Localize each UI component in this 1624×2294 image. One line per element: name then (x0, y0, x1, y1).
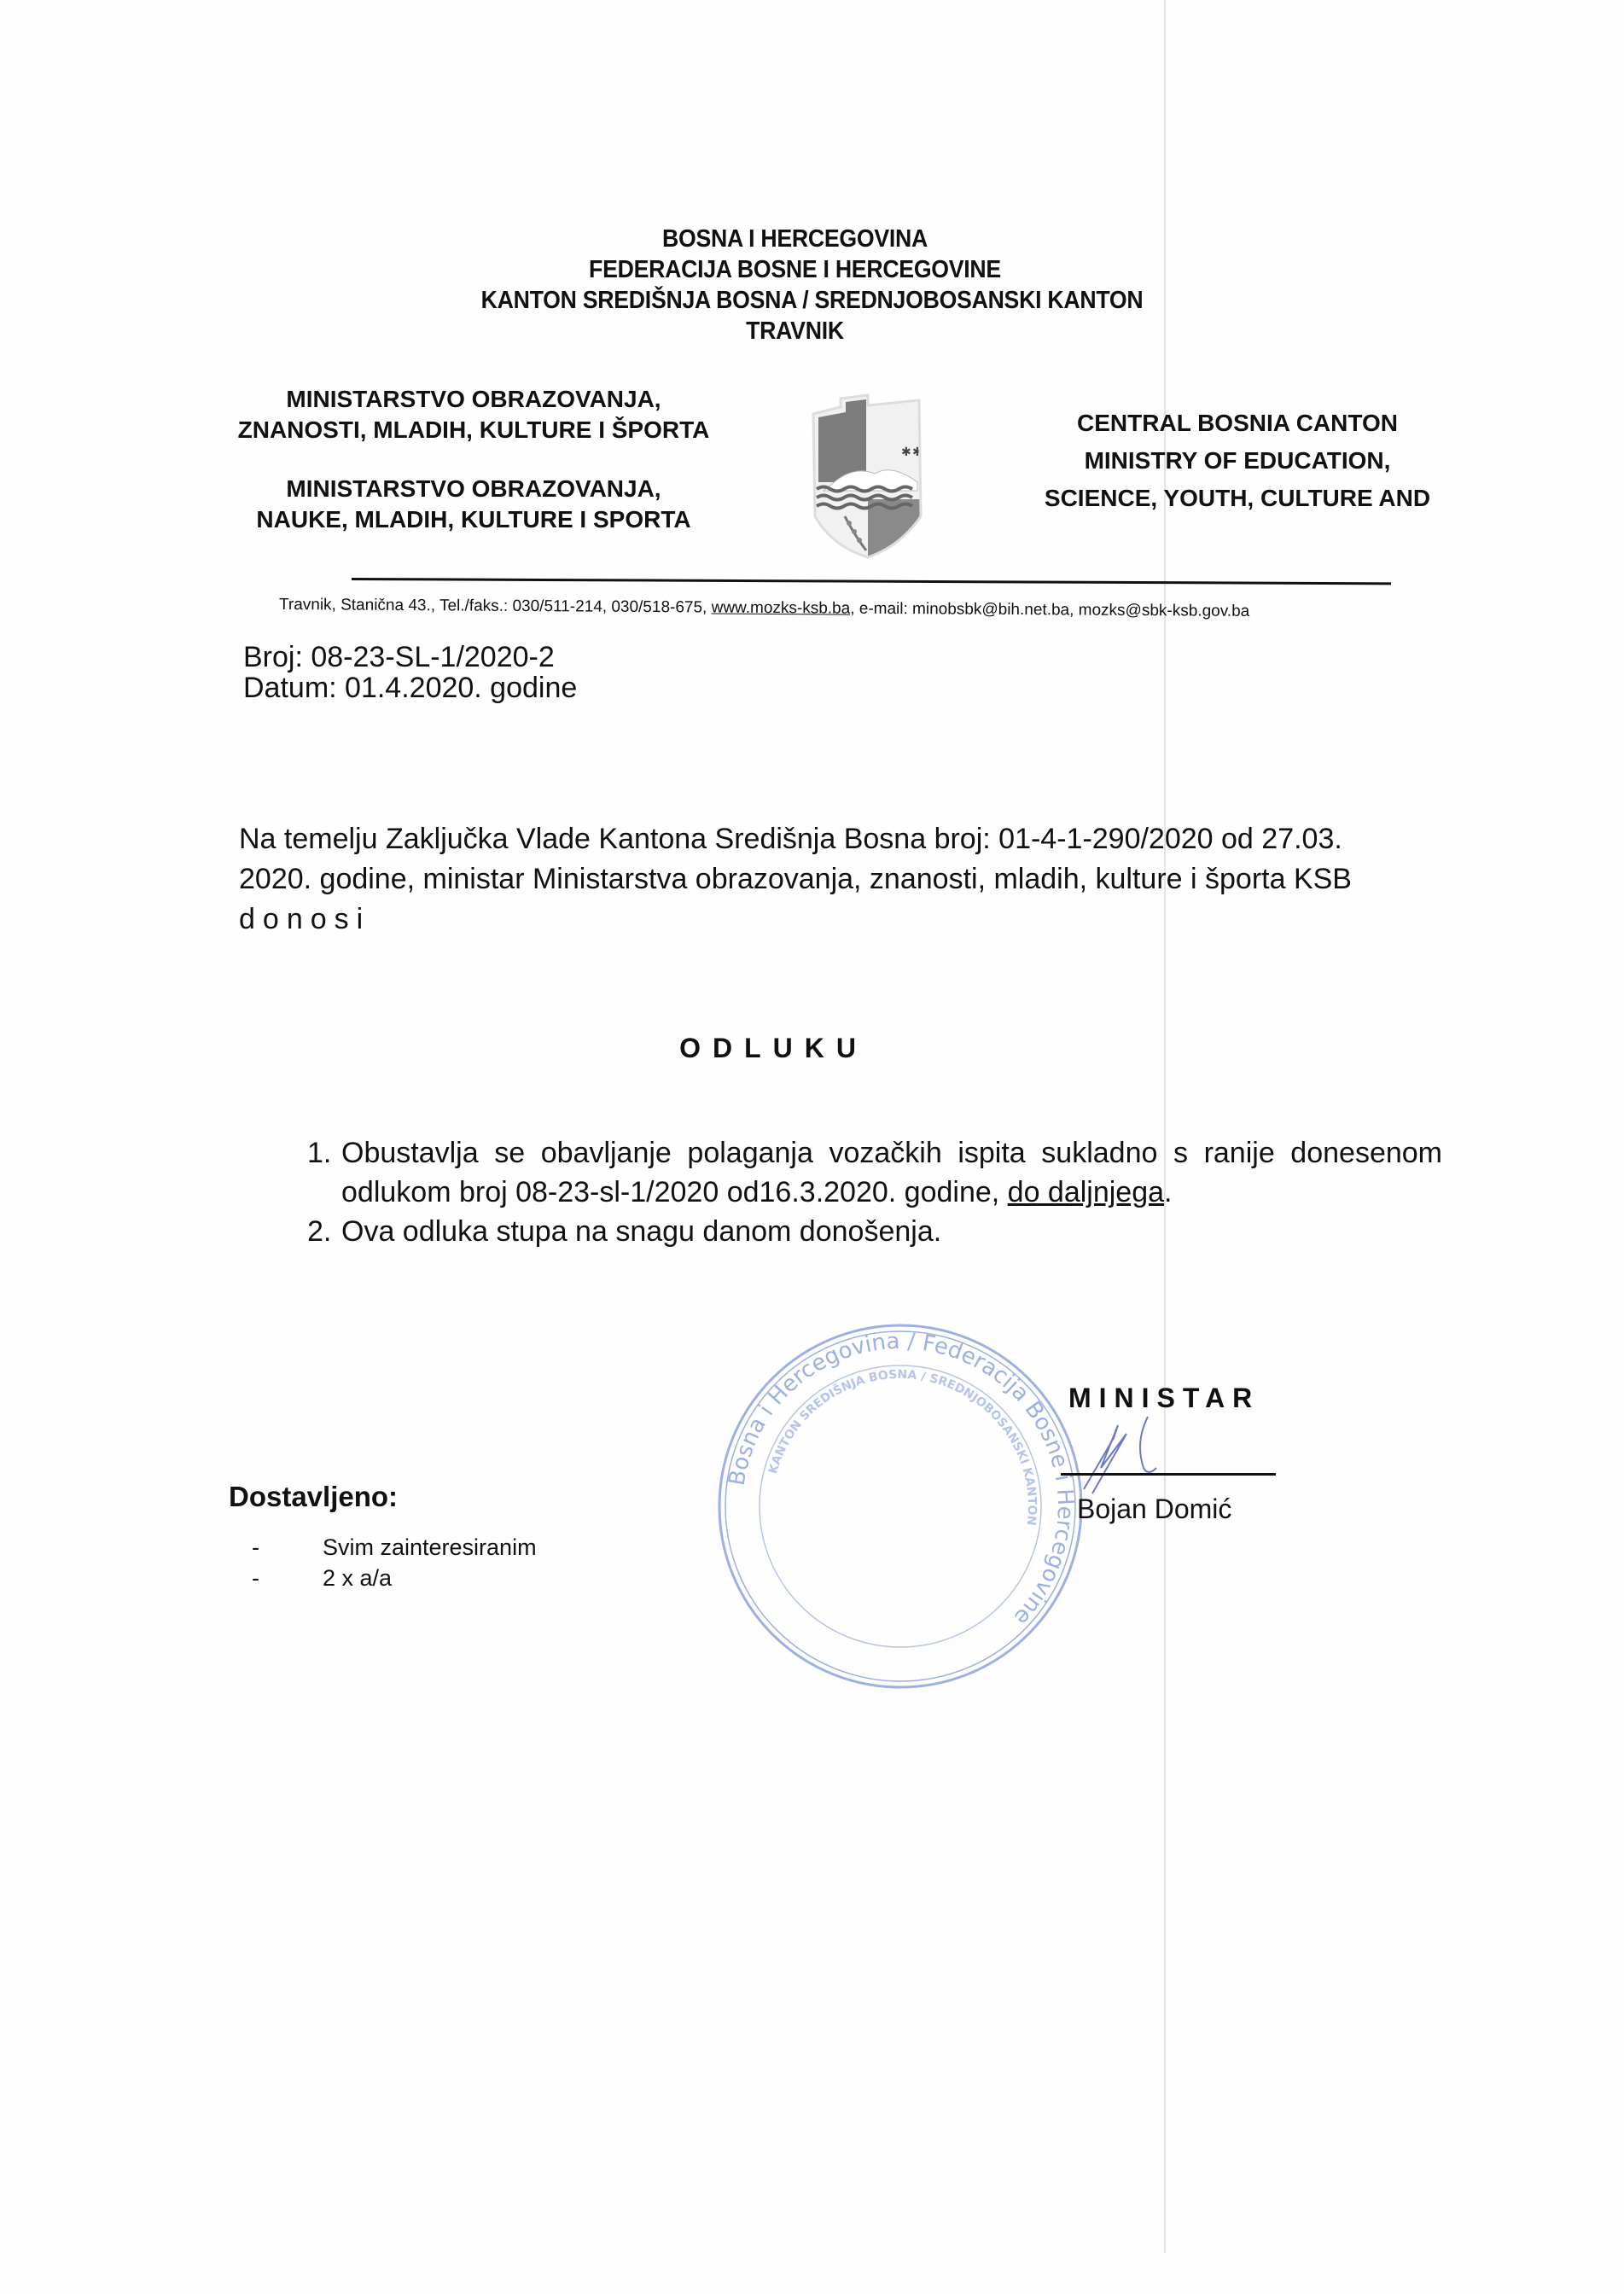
contact-line: Travnik, Stanična 43., Tel./faks.: 030/5… (279, 596, 1249, 621)
contact-address: Travnik, Stanična 43., Tel./faks.: 030/5… (279, 596, 712, 617)
svg-text:✱: ✱ (901, 445, 911, 459)
contact-emails: , e-mail: minobsbk@bih.net.ba, mozks@sbk… (850, 600, 1249, 620)
letterhead-divider (352, 578, 1391, 585)
reference-date: Datum: 01.4.2020. godine (243, 672, 577, 703)
signature-line (1061, 1473, 1276, 1476)
svg-text:KANTON SREDIŠNJA BOSNA / SREDN: KANTON SREDIŠNJA BOSNA / SREDNJOBOSANSKI… (766, 1368, 1039, 1526)
ministry-name-bosnian: MINISTARSTVO OBRAZOVANJA, NAUKE, MLADIH,… (196, 474, 751, 535)
distribution-list: -Svim zainteresiranim -2 x a/a (252, 1532, 537, 1593)
recipient-item: -Svim zainteresiranim (252, 1532, 537, 1563)
document-reference: Broj: 08-23-SL-1/2020-2 Datum: 01.4.2020… (243, 642, 577, 703)
handwritten-signature-icon (1067, 1408, 1212, 1502)
canton-coat-of-arms-icon: ✱ ✱ (806, 388, 930, 559)
canton-name: KANTON SREDIŠNJA BOSNA / SREDNJOBOSANSKI… (65, 285, 1559, 316)
letterhead-title: BOSNA I HERCEGOVINA FEDERACIJA BOSNE I H… (0, 224, 1624, 346)
decision-item: 1. Obustavlja se obavljanje polaganja vo… (307, 1133, 1442, 1212)
decision-item: 2. Ova odluka stupa na snagu danom donoš… (307, 1212, 1442, 1251)
ministry-name-croatian: MINISTARSTVO OBRAZOVANJA, ZNANOSTI, MLAD… (196, 384, 751, 445)
recipient-item: -2 x a/a (252, 1563, 537, 1593)
ministry-name-english: CENTRAL BOSNIA CANTON MINISTRY OF EDUCAT… (998, 405, 1476, 517)
decision-title: ODLUKU (0, 1033, 1586, 1064)
signatory-name: Bojan Domić (1077, 1493, 1231, 1525)
preamble: Na temelju Zaključka Vlade Kantona Sredi… (239, 819, 1408, 940)
website-link[interactable]: www.mozks-ksb.ba (712, 599, 851, 618)
official-stamp: Bosna i Hercegovina / Federacija Bosne i… (708, 1314, 1092, 1698)
document-page: BOSNA I HERCEGOVINA FEDERACIJA BOSNE I H… (0, 0, 1624, 2294)
distribution-title: Dostavljeno: (229, 1481, 398, 1513)
preamble-verb: donosi (239, 903, 370, 935)
reference-number: Broj: 08-23-SL-1/2020-2 (243, 642, 577, 672)
country-name: BOSNA I HERCEGOVINA (32, 224, 1558, 254)
federation-name: FEDERACIJA BOSNE I HERCEGOVINE (32, 254, 1558, 285)
decision-items: 1. Obustavlja se obavljanje polaganja vo… (307, 1133, 1442, 1251)
city-name: TRAVNIK (32, 316, 1558, 346)
